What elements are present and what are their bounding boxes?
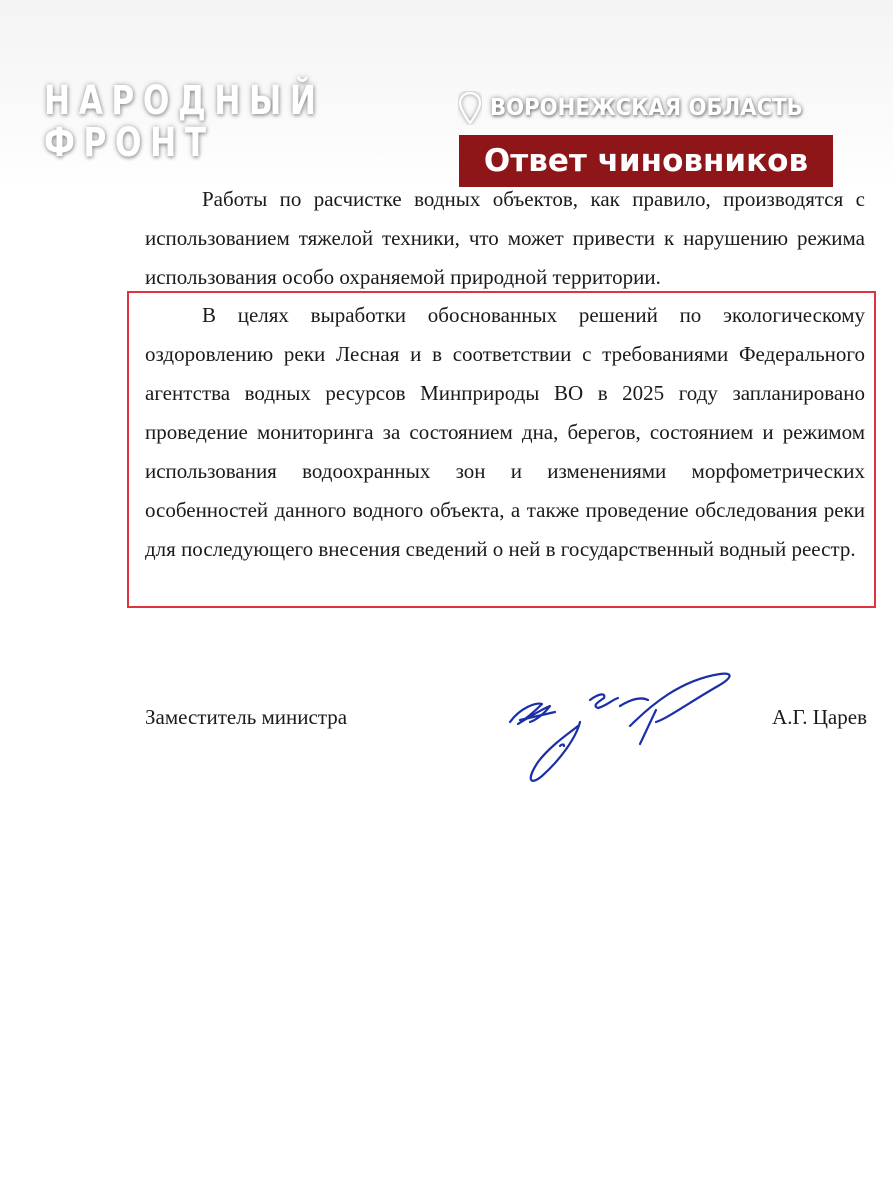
region-label: ВОРОНЕЖСКАЯ ОБЛАСТЬ: [458, 90, 830, 126]
brand-line-1: НАРОДНЫЙ: [44, 80, 325, 122]
document-paragraph-1: Работы по расчистке водных объектов, как…: [145, 180, 865, 297]
signer-position: Заместитель министра: [145, 705, 347, 730]
badge-label: Ответ чиновников: [484, 143, 808, 179]
brand-logo: НАРОДНЫЙ ФРОНТ: [44, 80, 325, 164]
map-pin-icon: [458, 91, 482, 125]
region-name: ВОРОНЕЖСКАЯ ОБЛАСТЬ: [490, 95, 803, 121]
handwritten-signature-icon: [480, 660, 750, 800]
signer-name: А.Г. Царев: [772, 705, 867, 730]
brand-line-2: ФРОНТ: [44, 122, 325, 164]
document-paragraph-2-highlighted: В целях выработки обоснованных решений п…: [145, 296, 865, 569]
